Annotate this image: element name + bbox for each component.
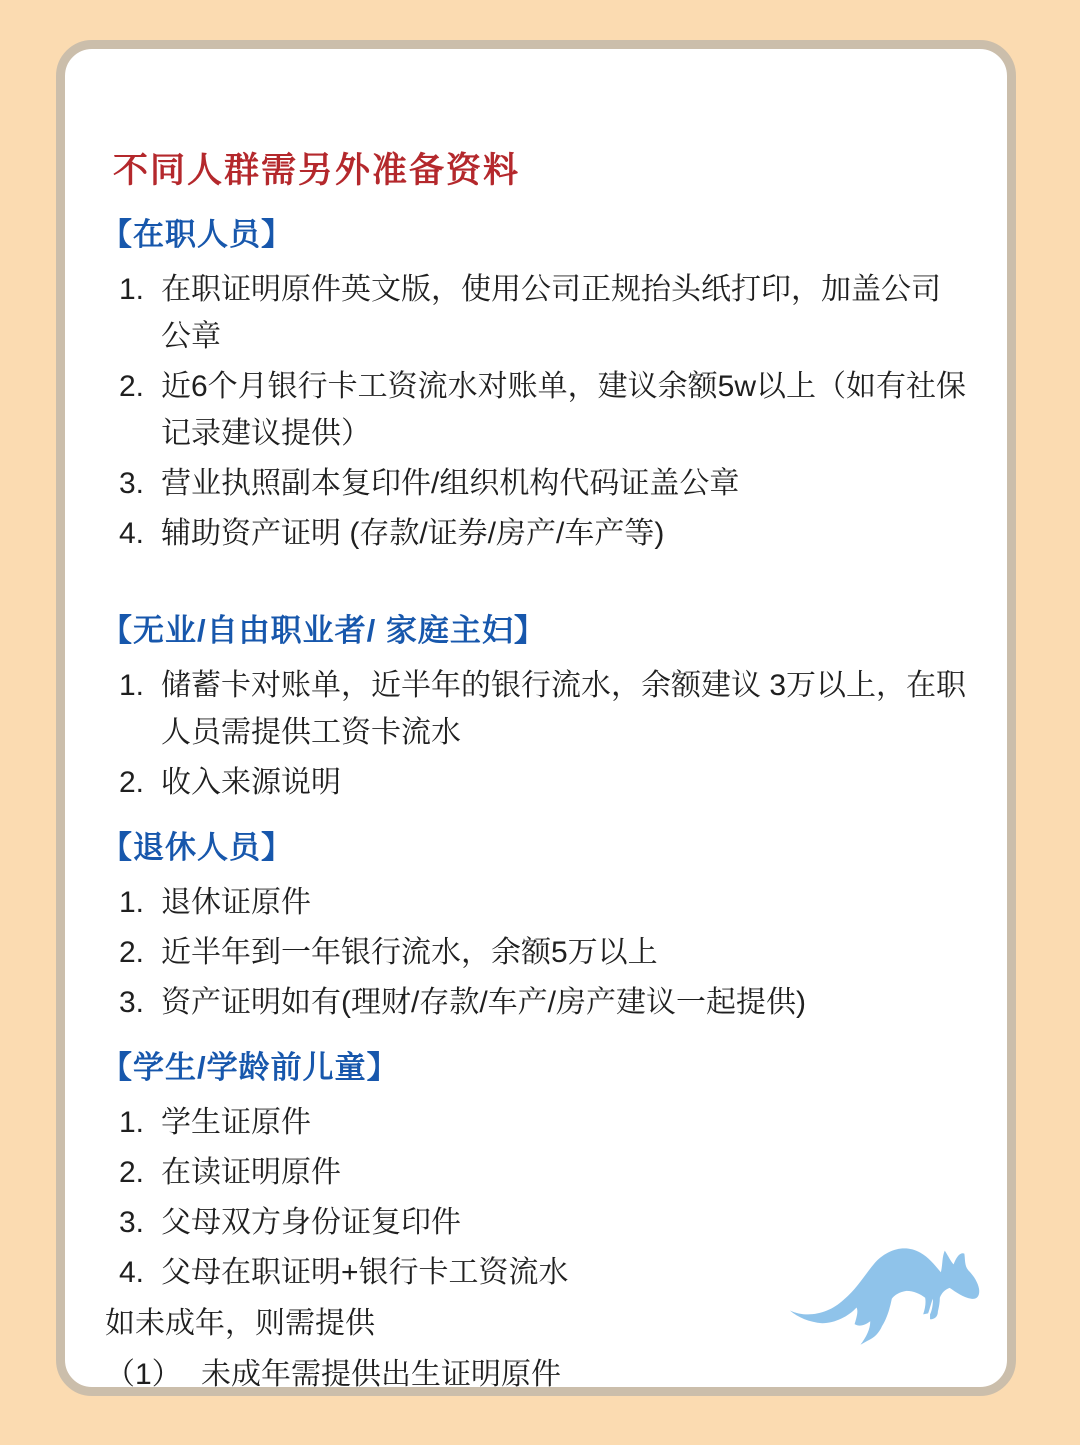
item-text: 近6个月银行卡工资流水对账单，建议余额5w以上（如有社保记录建议提供） (161, 363, 967, 457)
page-title: 不同人群需另外准备资料 (113, 143, 967, 193)
item-number: 3. (119, 979, 161, 1026)
item-text: 资产证明如有(理财/存款/车产/房产建议一起提供) (161, 979, 967, 1026)
card-content: 不同人群需另外准备资料 【在职人员】 1. 在职证明原件英文版，使用公司正规抬头… (65, 49, 1007, 1396)
item-number: 2. (119, 759, 161, 806)
list-item: 2. 收入来源说明 (119, 759, 967, 806)
item-number: 4. (119, 510, 161, 557)
section-retired: 【退休人员】 1. 退休证原件 2. 近半年到一年银行流水，余额5万以上 3. … (101, 822, 967, 1026)
list-item: 1. 在职证明原件英文版，使用公司正规抬头纸打印，加盖公司公章 (119, 266, 967, 360)
info-card: 不同人群需另外准备资料 【在职人员】 1. 在职证明原件英文版，使用公司正规抬头… (56, 40, 1016, 1396)
section-heading: 【无业/自由职业者/ 家庭主妇】 (101, 605, 967, 650)
item-text: 近半年到一年银行流水，余额5万以上 (161, 929, 967, 976)
item-text: 营业执照副本复印件/组织机构代码证盖公章 (161, 460, 967, 507)
section-employed: 【在职人员】 1. 在职证明原件英文版，使用公司正规抬头纸打印，加盖公司公章 2… (101, 209, 967, 557)
list-item: 2. 在读证明原件 (119, 1149, 967, 1196)
section-heading: 【退休人员】 (101, 822, 967, 867)
item-text: 退休证原件 (161, 879, 967, 926)
item-number: 1. (119, 1099, 161, 1146)
item-number: 4. (119, 1249, 161, 1296)
section-heading: 【学生/学龄前儿童】 (101, 1042, 967, 1087)
item-text: 学生证原件 (161, 1099, 967, 1146)
item-number: 1. (119, 266, 161, 360)
list-item: 2. 近6个月银行卡工资流水对账单，建议余额5w以上（如有社保记录建议提供） (119, 363, 967, 457)
item-number: 1. (119, 879, 161, 926)
section-heading: 【在职人员】 (101, 209, 967, 254)
list-item: 1. 退休证原件 (119, 879, 967, 926)
list-item: 4. 辅助资产证明 (存款/证券/房产/车产等) (119, 510, 967, 557)
item-text: 收入来源说明 (161, 759, 967, 806)
item-text: 在读证明原件 (161, 1149, 967, 1196)
list-item: 2. 近半年到一年银行流水，余额5万以上 (119, 929, 967, 976)
item-number: 2. (119, 363, 161, 457)
list-item: 1. 学生证原件 (119, 1099, 967, 1146)
item-text: 未成年需提供出生证明原件 (201, 1351, 967, 1396)
item-number: 2. (119, 1149, 161, 1196)
section-unemployed-freelancer-housewife: 【无业/自由职业者/ 家庭主妇】 1. 储蓄卡对账单，近半年的银行流水，余额建议… (101, 605, 967, 806)
list-item: 3. 营业执照副本复印件/组织机构代码证盖公章 (119, 460, 967, 507)
list-item: 1. 储蓄卡对账单，近半年的银行流水，余额建议 3万以上，在职人员需提供工资卡流… (119, 662, 967, 756)
item-text: 辅助资产证明 (存款/证券/房产/车产等) (161, 510, 967, 557)
item-number: 3. (119, 460, 161, 507)
item-text: 在职证明原件英文版，使用公司正规抬头纸打印，加盖公司公章 (161, 266, 967, 360)
item-text: 储蓄卡对账单，近半年的银行流水，余额建议 3万以上，在职人员需提供工资卡流水 (161, 662, 967, 756)
item-number: 1. (119, 662, 161, 756)
item-number: 2. (119, 929, 161, 976)
item-number: 3. (119, 1199, 161, 1246)
kangaroo-icon (785, 1219, 981, 1349)
item-number: （1） (105, 1351, 201, 1396)
list-item: （1） 未成年需提供出生证明原件 (105, 1351, 967, 1396)
list-item: 3. 资产证明如有(理财/存款/车产/房产建议一起提供) (119, 979, 967, 1026)
